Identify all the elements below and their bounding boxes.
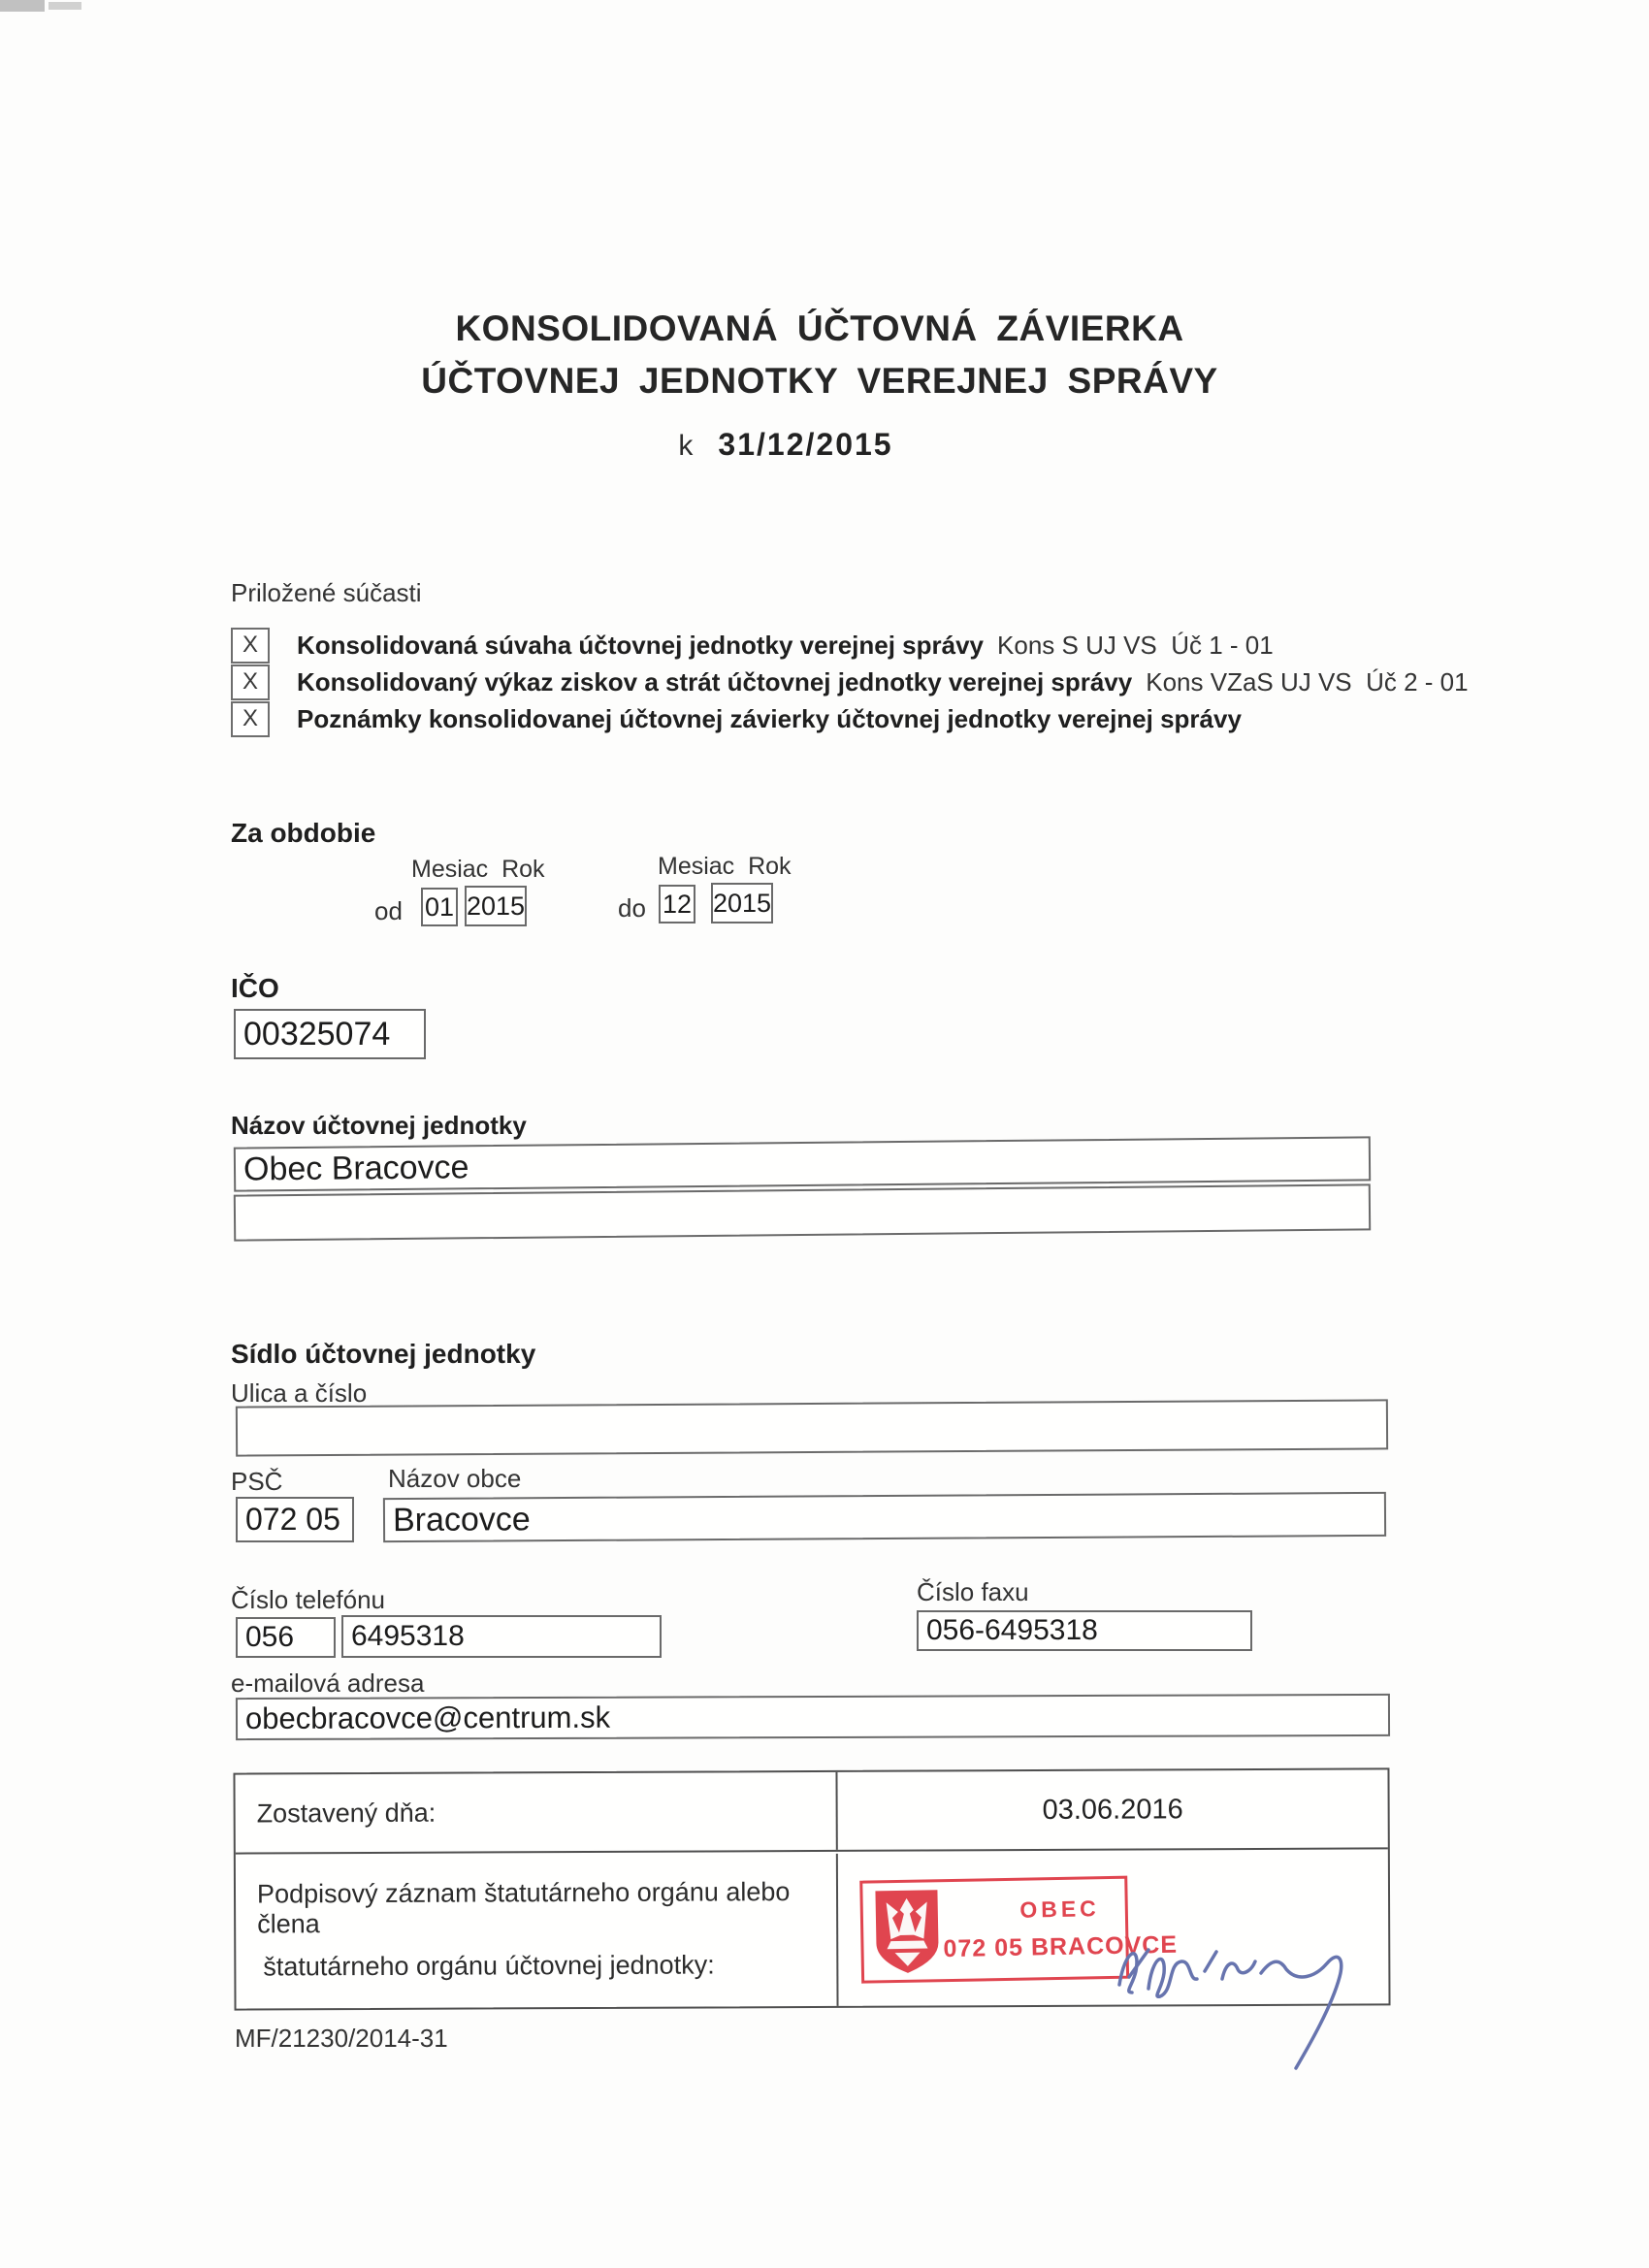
street-label: Ulica a číslo [231, 1378, 367, 1409]
attachment-row-vzas: X Konsolidovaný výkaz ziskov a strát účt… [231, 664, 1469, 699]
phone-number-field: 6495318 [341, 1615, 662, 1658]
phone-prefix-field: 056 [236, 1617, 336, 1658]
compiled-date-value: 03.06.2016 [1042, 1794, 1182, 1827]
period-from-month-year-label: Mesiac Rok [411, 856, 545, 884]
compiled-date-label: Zostavený dňa: [257, 1798, 436, 1829]
entity-name-field: Obec Bracovce [234, 1136, 1371, 1191]
entity-name-label: Názov účtovnej jednotky [231, 1111, 527, 1141]
period-to-month-year-label: Mesiac Rok [658, 853, 792, 881]
compiled-date-row: Zostavený dňa: 03.06.2016 [235, 1769, 1387, 1854]
attachment-label: Konsolidovaná súvaha účtovnej jednotky v… [297, 631, 984, 661]
stamp-line1: OBEC [943, 1894, 1178, 1924]
ico-value-box: 00325074 [234, 1009, 426, 1059]
period-from-month-box: 01 [421, 888, 458, 926]
signature-label-line1: Podpisový záznam štatutárneho orgánu ale… [257, 1877, 807, 1939]
period-to-year-box: 2015 [711, 883, 773, 923]
ico-label: IČO [231, 973, 279, 1004]
checkbox-poznamky: X [231, 701, 270, 737]
city-field: Bracovce [383, 1492, 1386, 1542]
attachment-row-poznamky: X Poznámky konsolidovanej účtovnej závie… [231, 701, 1255, 736]
form-reference-number: MF/21230/2014-31 [235, 2024, 448, 2054]
scan-artifact [48, 2, 81, 10]
zip-field: 072 05 [236, 1497, 354, 1542]
as-of-date-line: k31/12/2015 [223, 427, 1348, 463]
signature-label-cell: Podpisový záznam štatutárneho orgánu ale… [236, 1854, 839, 2009]
checkbox-suvaha: X [231, 628, 270, 664]
fax-label: Číslo faxu [917, 1577, 1029, 1607]
attachment-row-suvaha: X Konsolidovaná súvaha účtovnej jednotky… [231, 628, 1274, 663]
attachment-label: Konsolidovaný výkaz ziskov a strát účtov… [297, 667, 1132, 697]
city-label: Názov obce [388, 1464, 521, 1494]
period-from-year-box: 2015 [465, 886, 527, 926]
attachment-code: Kons VZaS UJ VS Úč 2 - 01 [1146, 667, 1468, 697]
official-stamp: OBEC 072 05 BRACOVCE [859, 1876, 1129, 1984]
attachment-label: Poznámky konsolidovanej účtovnej závierk… [297, 704, 1242, 734]
compiled-date-value-cell: 03.06.2016 [837, 1769, 1387, 1849]
entity-name-field-line2 [234, 1183, 1371, 1241]
form-title-line2: ÚČTOVNEJ JEDNOTKY VEREJNEJ SPRÁVY [223, 361, 1416, 402]
fax-field: 056-6495318 [917, 1610, 1252, 1651]
phone-label: Číslo telefónu [231, 1585, 385, 1615]
signature-scribble [1106, 1921, 1348, 2076]
period-to-label: do [618, 893, 646, 923]
email-field: obecbracovce@centrum.sk [236, 1694, 1390, 1740]
signature-label-line2: štatutárneho orgánu účtovnej jednotky: [263, 1950, 807, 1982]
scanned-form-page: KONSOLIDOVANÁ ÚČTOVNÁ ZÁVIERKA ÚČTOVNEJ … [0, 0, 1649, 2268]
street-field [236, 1399, 1388, 1456]
zip-label: PSČ [231, 1467, 282, 1497]
email-label: e-mailová adresa [231, 1669, 424, 1699]
form-title-line1: KONSOLIDOVANÁ ÚČTOVNÁ ZÁVIERKA [223, 308, 1416, 349]
period-to-month-box: 12 [659, 885, 695, 923]
checkbox-vzas: X [231, 664, 270, 700]
compiled-date-label-cell: Zostavený dňa: [235, 1772, 837, 1853]
scan-artifact [0, 0, 45, 12]
attachment-code: Kons S UJ VS Úč 1 - 01 [997, 631, 1274, 661]
municipal-coat-of-arms-icon [870, 1886, 944, 1976]
period-heading: Za obdobie [231, 818, 375, 849]
as-of-date-value: 31/12/2015 [718, 427, 892, 462]
date-prefix: k [678, 430, 693, 462]
period-from-label: od [374, 896, 403, 926]
attachments-heading: Priložené súčasti [231, 578, 422, 608]
address-heading: Sídlo účtovnej jednotky [231, 1339, 535, 1370]
